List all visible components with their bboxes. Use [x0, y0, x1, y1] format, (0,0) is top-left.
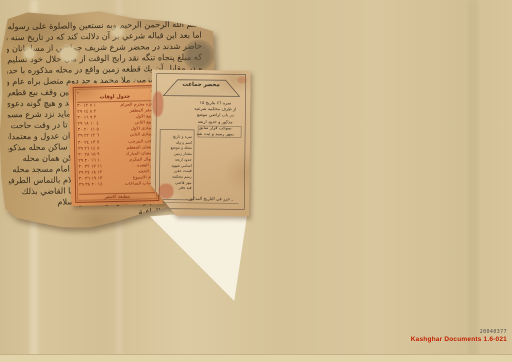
paper-hole — [61, 47, 76, 60]
row-values: ١٤ ٢٠ ٣٨ ٢٩ — [79, 183, 103, 190]
red-stamp-mark — [152, 91, 163, 116]
catalog-number: 20040377 — [411, 329, 507, 335]
circular-seal-icon — [183, 39, 215, 71]
mid-line: در باب اراضي موضع — [189, 113, 241, 120]
left-document-paper: ٭ ٭ جدول اوقات غرّه محرم الحرام١ ٧ ١٢ ٣٠… — [69, 82, 164, 206]
footer-labels: 20040377 Kashghar Documents 1.6-021 — [411, 329, 507, 343]
red-stamp-mark — [158, 184, 173, 199]
mid-line: بمهر رسيد و ثبت شد — [189, 132, 241, 139]
left-document-frame: ٭ ٭ جدول اوقات غرّه محرم الحرام١ ٧ ١٢ ٣٠… — [73, 85, 160, 203]
middle-document-paper: محضر جماعت نمره ٤٦ بتاريخ ١٥از طرف محكمه… — [150, 69, 251, 216]
ld-row: حساب الساعات١٤ ٢٠ ٣٨ ٢٩ — [79, 181, 155, 189]
middle-document: محضر جماعت نمره ٤٦ بتاريخ ١٥از طرف محكمه… — [151, 70, 250, 216]
scan-surface: ٭ ٭ جدول اوقات غرّه محرم الحرام١ ٧ ١٢ ٣٠… — [0, 0, 512, 362]
middle-document-title: محضر جماعت — [170, 82, 233, 89]
white-paper-wedge — [150, 209, 248, 301]
paper-hole — [25, 49, 34, 58]
red-stamp-mark — [238, 76, 247, 83]
left-document: ٭ ٭ جدول اوقات غرّه محرم الحرام١ ٧ ١٢ ٣٠… — [70, 83, 162, 205]
middle-document-lines: نمره ٤٦ بتاريخ ١٥از طرف محكمه شرعيهدر با… — [189, 101, 241, 139]
left-document-rows: غرّه محرم الحرام١ ٧ ١٢ ٣٠صفر المظفر٢ ٨ ١… — [77, 102, 155, 194]
left-document-footer: مطبعة كاشغر — [79, 192, 155, 201]
collection-label: Kashghar Documents 1.6-021 — [411, 336, 507, 343]
middle-document-footer: ـ حرر في التاريخ المذكور ـ — [178, 197, 240, 203]
paper-hole — [113, 28, 122, 36]
bottom-edge-strip — [0, 354, 512, 362]
